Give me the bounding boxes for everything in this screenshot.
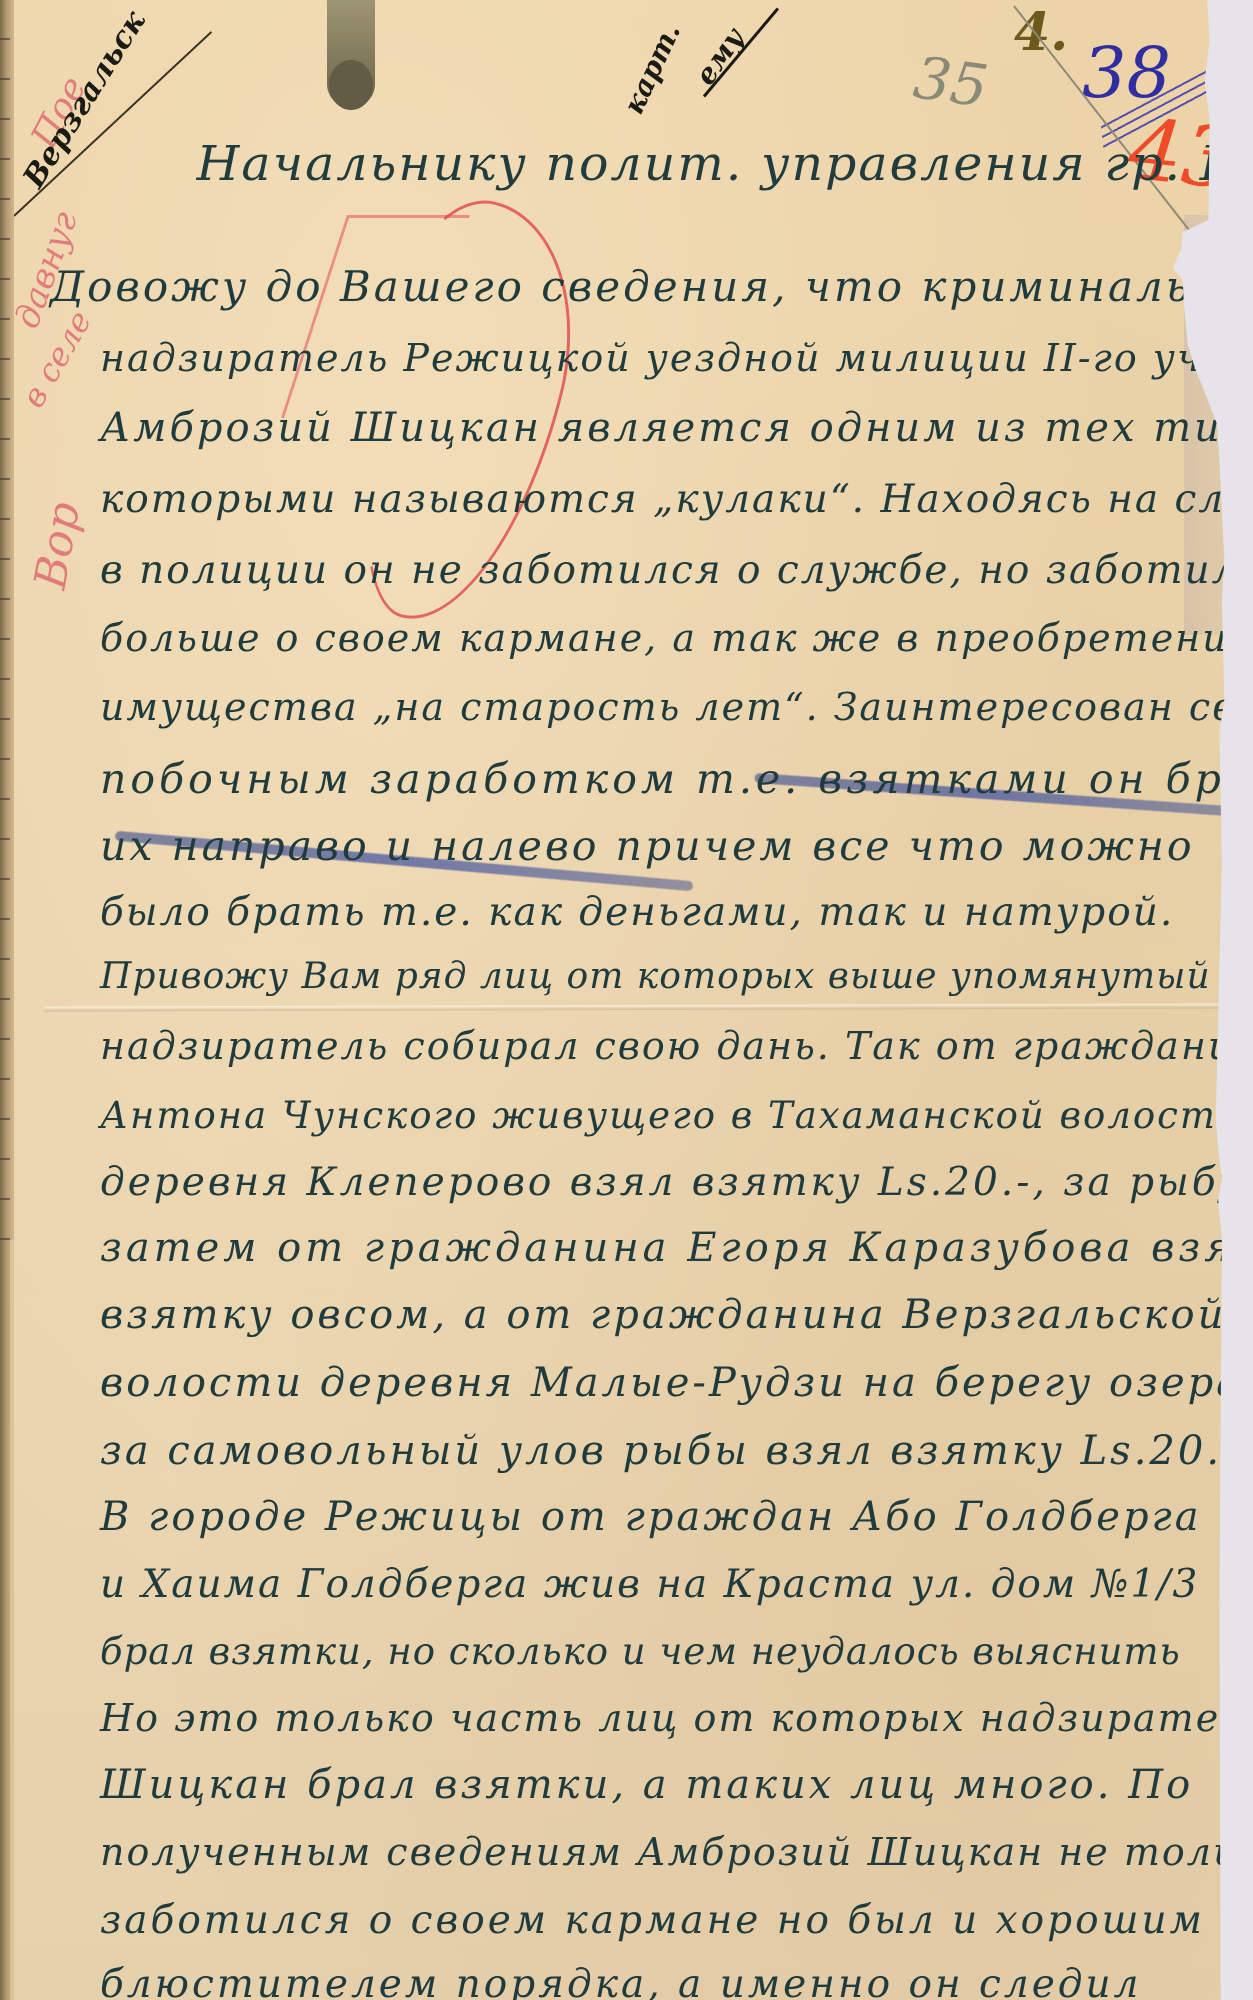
page-number-grey: 35 <box>910 43 993 121</box>
body-line-8: побочным заработком т.е. взятками он бра… <box>100 755 1253 803</box>
body-line-26: блюстителем порядка, а именно он следил <box>100 1962 1141 2000</box>
body-line-6: больше о своем кармане, а так же в преоб… <box>100 616 1253 660</box>
document-scan: Пое давнуг в селе Вор Верзгальск карт. е… <box>0 0 1253 2000</box>
body-line-14: деревня Клеперово взял взятку Ls.20.-, з… <box>100 1160 1253 1205</box>
body-line-17: волости деревня Малые-Рудзи на берегу оз… <box>100 1360 1243 1406</box>
body-line-9: их направо и налево причем все что можно <box>100 822 1195 870</box>
body-line-23: Шицкан брал взятки, а таких лиц много. П… <box>100 1762 1193 1808</box>
fold-crease <box>44 1003 1244 1011</box>
body-line-20: и Хаима Голдберга жив на Краста ул. дом … <box>100 1562 1199 1607</box>
margin-note-red-4: Вор <box>25 498 90 593</box>
binding-ticks <box>0 0 10 1240</box>
body-line-1: Довожу до Вашего сведения, что криминаль… <box>50 262 1253 311</box>
addressee-heading: Начальнику полит. управления гр. Режицы. <box>197 136 1253 192</box>
body-line-16: взятку овсом, а от гражданина Верзгальск… <box>100 1292 1226 1338</box>
body-line-7: имущества „на старость лет“. Заинтересов… <box>100 685 1253 729</box>
body-line-15: затем от гражданина Егоря Каразубова взя… <box>100 1225 1253 1271</box>
body-line-18: за самовольный улов рыбы взял взятку Ls.… <box>100 1428 1239 1474</box>
margin-note-verzgalsk: Верзгальск <box>16 5 152 194</box>
body-line-11: Привожу Вам ряд лиц от которых выше упом… <box>100 956 1211 997</box>
page-number-olive: 4. <box>1014 2 1068 63</box>
ink-blot <box>327 0 375 108</box>
body-line-25: заботился о своем кармане но был и хорош… <box>100 1898 1205 1943</box>
body-line-21: брал взятки, но сколько и чем неудалось … <box>100 1630 1181 1673</box>
margin-note-emu: ему <box>689 22 751 91</box>
body-line-10: было брать т.е. как деньгами, так и нату… <box>100 890 1174 935</box>
paper-sheet: Пое давнуг в селе Вор Верзгальск карт. е… <box>14 0 1239 2000</box>
body-line-5: в полиции он не заботился о службе, но з… <box>100 548 1253 593</box>
body-line-24: полученным сведениям Амброзий Шицкан не … <box>100 1830 1253 1874</box>
body-line-19: В городе Режицы от граждан Або Голдберга <box>100 1494 1202 1540</box>
margin-note-kart: карт. <box>617 18 687 119</box>
body-line-4: которыми называются „кулаки“. Находясь н… <box>100 477 1253 522</box>
body-line-12: надзиратель собирал свою дань. Так от гр… <box>100 1024 1253 1068</box>
body-line-13: Антона Чунского живущего в Тахаманской в… <box>100 1094 1243 1137</box>
body-line-3: Амброзий Шицкан является одним из тех ти… <box>100 405 1253 451</box>
body-line-2: надзиратель Режицкой уездной милиции II-… <box>100 336 1253 380</box>
body-line-22: Но это только часть лиц от которых надзи… <box>100 1696 1253 1740</box>
